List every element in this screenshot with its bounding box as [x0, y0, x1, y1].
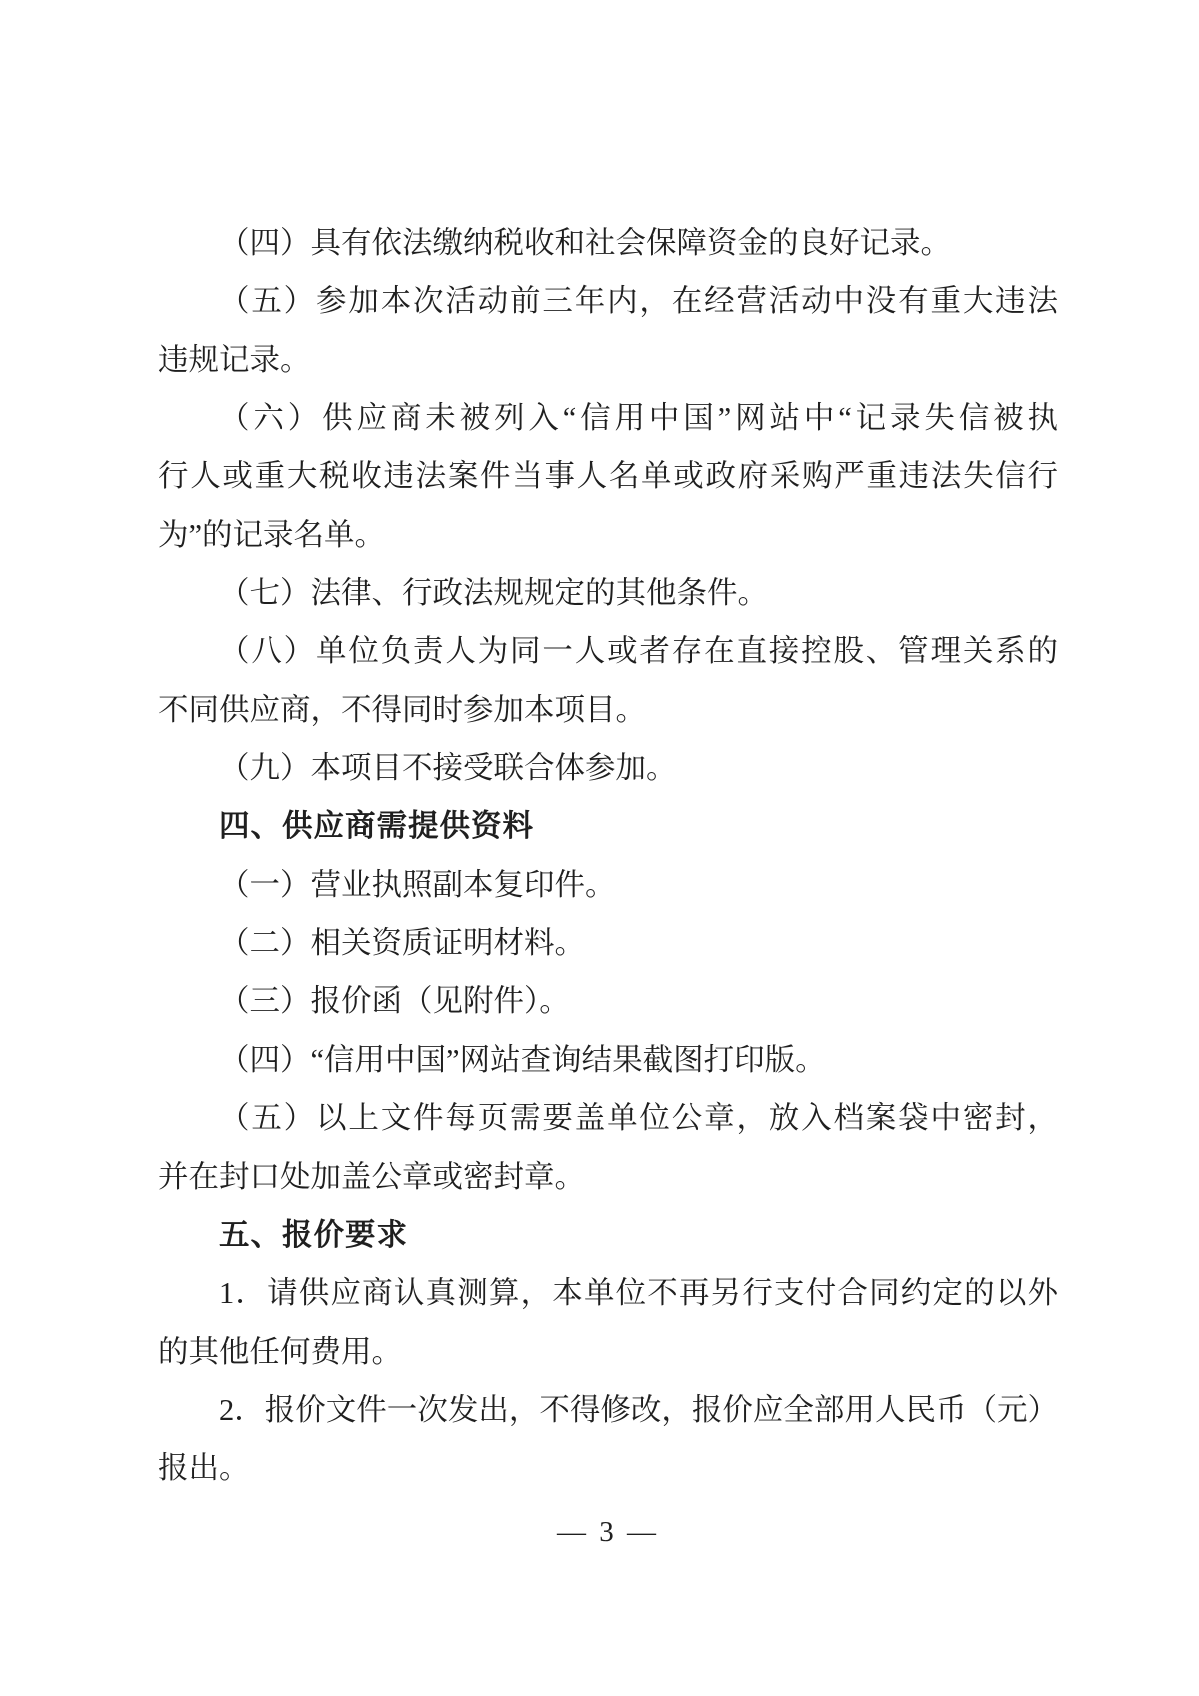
body-text-line: （六）供应商未被列入“信用中国”网站中“记录失信被执	[158, 389, 1058, 447]
body-text-line: （一）营业执照副本复印件。	[158, 856, 1058, 914]
body-text-line: （八）单位负责人为同一人或者存在直接控股、管理关系的	[158, 622, 1058, 680]
section-heading: 五、报价要求	[158, 1206, 1058, 1264]
body-text-line: 违规记录。	[158, 331, 1058, 389]
section-heading: 四、供应商需提供资料	[158, 797, 1058, 855]
document-body: （四）具有依法缴纳税收和社会保障资金的良好记录。（五）参加本次活动前三年内，在经…	[158, 214, 1058, 1498]
page-number: — 3 —	[557, 1516, 659, 1548]
body-text-line: （四）具有依法缴纳税收和社会保障资金的良好记录。	[158, 214, 1058, 272]
body-text-line: 2．报价文件一次发出，不得修改，报价应全部用人民币（元）	[158, 1381, 1058, 1439]
body-text-line: 不同供应商，不得同时参加本项目。	[158, 681, 1058, 739]
body-text-line: 行人或重大税收违法案件当事人名单或政府采购严重违法失信行	[158, 447, 1058, 505]
body-text-line: （三）报价函（见附件）。	[158, 972, 1058, 1030]
document-page: （四）具有依法缴纳税收和社会保障资金的良好记录。（五）参加本次活动前三年内，在经…	[0, 0, 1199, 1696]
body-text-line: 为”的记录名单。	[158, 506, 1058, 564]
body-text-line: （二）相关资质证明材料。	[158, 914, 1058, 972]
body-text-line: 的其他任何费用。	[158, 1323, 1058, 1381]
body-text-line: （五）以上文件每页需要盖单位公章，放入档案袋中密封，	[158, 1089, 1058, 1147]
body-text-line: （九）本项目不接受联合体参加。	[158, 739, 1058, 797]
body-text-line: （五）参加本次活动前三年内，在经营活动中没有重大违法	[158, 272, 1058, 330]
body-text-line: 1．请供应商认真测算，本单位不再另行支付合同约定的以外	[158, 1264, 1058, 1322]
page-footer: — 3 —	[158, 1510, 1058, 1554]
body-text-line: （七）法律、行政法规规定的其他条件。	[158, 564, 1058, 622]
body-text-line: 并在封口处加盖公章或密封章。	[158, 1148, 1058, 1206]
body-text-line: （四）“信用中国”网站查询结果截图打印版。	[158, 1031, 1058, 1089]
body-text-line: 报出。	[158, 1439, 1058, 1497]
